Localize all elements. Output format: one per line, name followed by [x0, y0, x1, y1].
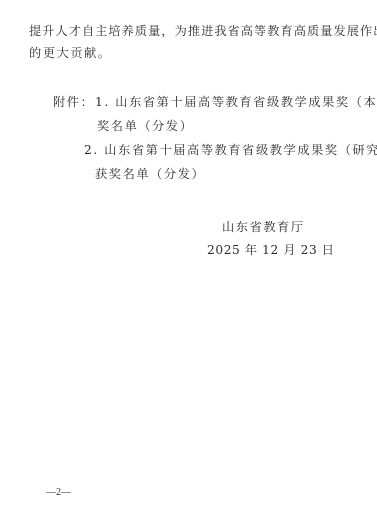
signature-organization: 山东省教育厅 — [222, 220, 305, 234]
signature-date: 2025 年 12 月 23 日 — [207, 243, 335, 257]
body-text-line-2: 的更大贡献。 — [29, 46, 112, 60]
body-text-line-1: 提升人才自主培养质量，为推进我省高等教育高质量发展作出新 — [29, 24, 377, 38]
attachments-label: 附件： — [53, 95, 94, 109]
attachment-item-1-line-2: 奖名单（分发） — [97, 119, 194, 133]
attachment-item-1-line-1: 1. 山东省第十届高等教育省级教学成果奖（本科）获 — [95, 95, 377, 109]
page-number: —2— — [46, 486, 71, 500]
attachment-item-2-line-1: 2. 山东省第十届高等教育省级教学成果奖（研究生） — [84, 143, 377, 157]
attachment-item-2-line-2: 获奖名单（分发） — [95, 167, 205, 181]
